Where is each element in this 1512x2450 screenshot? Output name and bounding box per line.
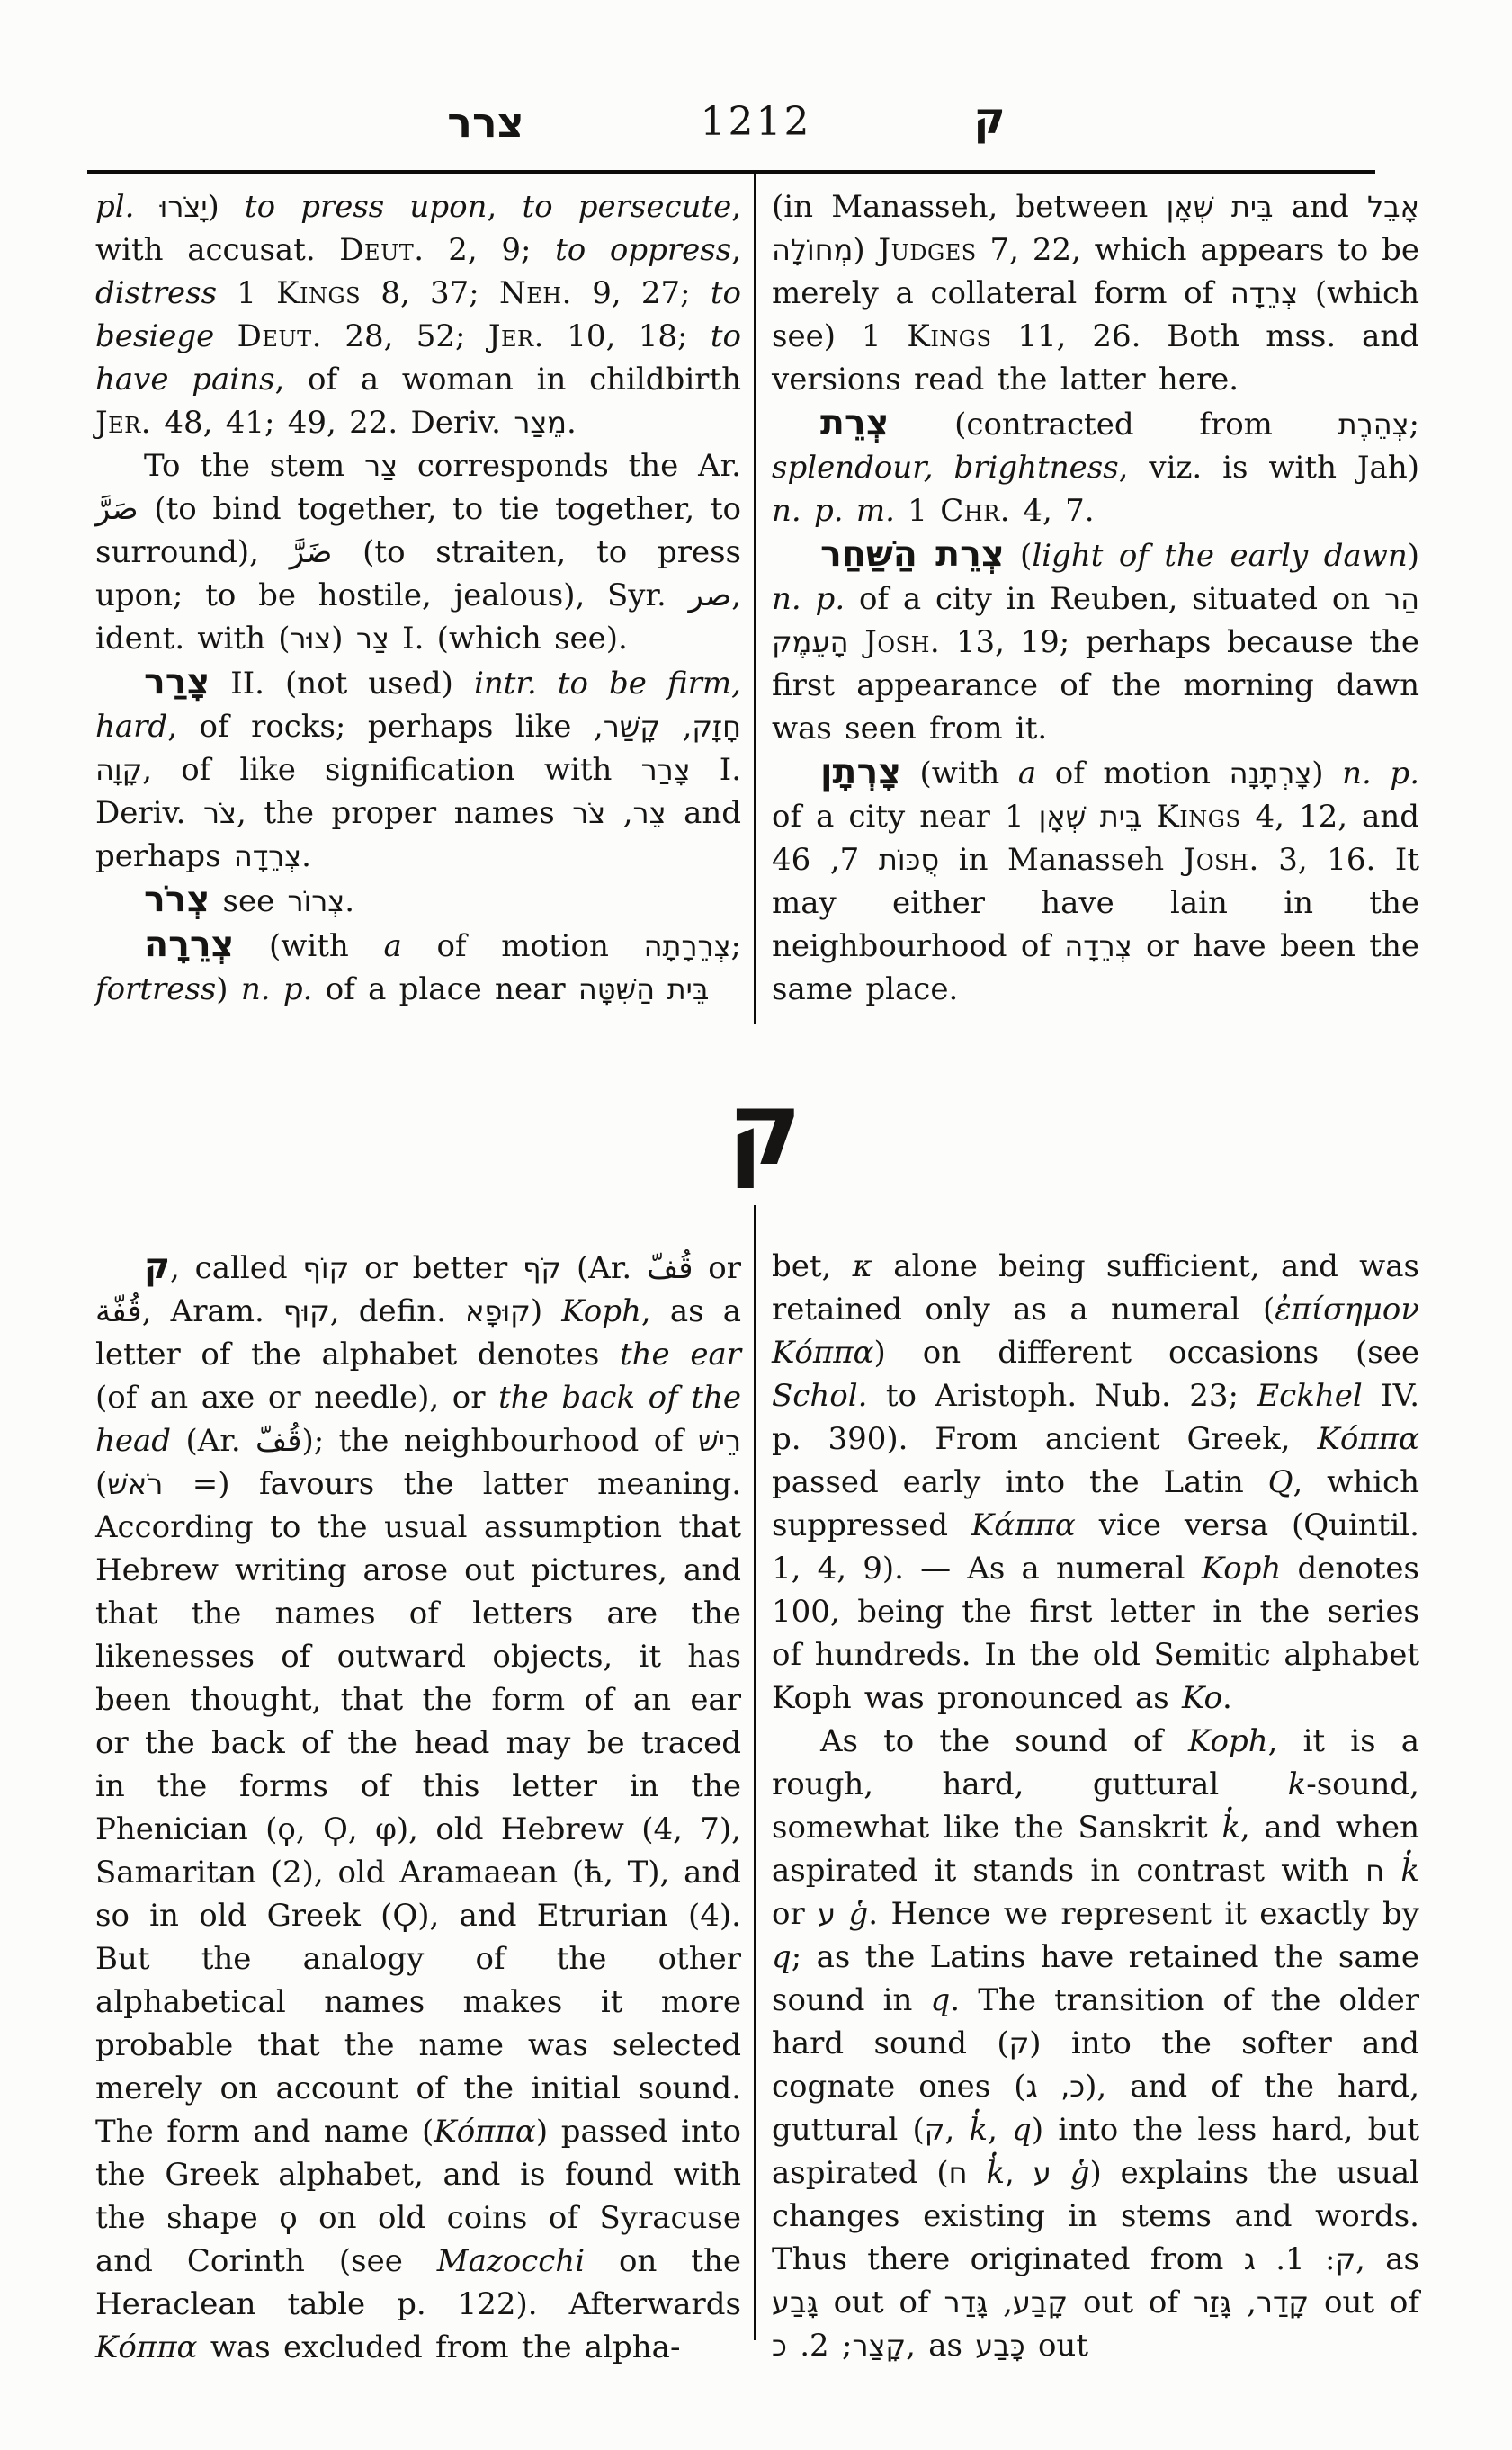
italic-text: light of the early dawn xyxy=(1032,538,1407,574)
text xyxy=(537,666,558,702)
hebrew-word: יָצֹרוּ xyxy=(160,190,208,224)
text: ); the neighbourhood of xyxy=(302,1423,699,1459)
text: , xyxy=(487,189,522,225)
text: out of xyxy=(1309,2285,1419,2320)
text: and xyxy=(1274,189,1367,225)
bible-reference: Chr. xyxy=(940,493,1010,529)
text: or xyxy=(693,1250,741,1286)
column-divider-top xyxy=(754,174,756,1024)
text: , xyxy=(660,709,692,745)
paragraph: pl. יָצֹרוּ) to press upon, to persecute… xyxy=(95,185,741,444)
text: . xyxy=(1222,1680,1232,1716)
italic-text: Koph xyxy=(1202,1551,1282,1587)
text: of a place near xyxy=(312,971,577,1007)
paragraph: צָרַר II. (not used) intr. to be firm, h… xyxy=(95,660,741,878)
hebrew-word: קָוָה xyxy=(95,753,142,787)
text: 8, 37; xyxy=(361,275,499,311)
text: . xyxy=(344,883,354,919)
text: 4, 7. xyxy=(1010,493,1095,529)
hebrew-word: צְהֵרֶת xyxy=(1338,407,1409,442)
paragraph: צְרֹר see צְרוֹר. xyxy=(95,878,741,923)
italic-text: Q xyxy=(1268,1464,1293,1500)
text: ) on different occasions (see xyxy=(874,1335,1419,1371)
text: . xyxy=(301,838,311,874)
italic-text: κ xyxy=(853,1248,872,1284)
italic-text: Koph xyxy=(1188,1723,1268,1759)
italic-text: pl. xyxy=(95,189,160,225)
hebrew-word: קוּף xyxy=(283,1294,330,1328)
text: or better xyxy=(349,1250,523,1286)
hebrew-word: ע xyxy=(818,1897,836,1931)
text xyxy=(849,624,865,660)
hebrew-word: בֵּית שְׁאָן xyxy=(1039,800,1142,834)
top-right-column: (in Manasseh, between בֵּית שְׁאָן and א… xyxy=(772,185,1419,1011)
italic-text: k xyxy=(1288,1766,1307,1802)
hebrew-word: ע xyxy=(1033,2156,1051,2190)
text: 1 xyxy=(217,275,276,311)
text: (of an axe or needle), or xyxy=(95,1380,498,1416)
ancient-letter-glyph: ϙ xyxy=(279,2200,297,2236)
paragraph: צְרֵת (contracted from צְהֵרֶת; splendou… xyxy=(772,401,1419,532)
column-divider-bottom xyxy=(754,1205,756,2340)
paragraph: צָרְתָן (with a of motion צָרְתָנָה) n. … xyxy=(772,750,1419,1011)
text: , defin. xyxy=(330,1293,465,1329)
italic-text: to persecute xyxy=(522,189,731,225)
hebrew-word: רֵישׁ xyxy=(698,1424,741,1458)
text xyxy=(968,2155,987,2191)
hebrew-word: צְרֵרָתָה xyxy=(644,929,731,963)
arabic-word: قُفّة xyxy=(95,1293,142,1329)
italic-text: k̔ xyxy=(1400,1853,1419,1889)
hebrew-headword: צָרַר xyxy=(144,661,210,702)
italic-text: Ko xyxy=(1182,1680,1222,1716)
hebrew-word: חָזָק xyxy=(692,710,741,744)
hebrew-word: סֻכּוֹת xyxy=(879,843,939,877)
hebrew-word: ק xyxy=(925,2113,945,2147)
italic-text: q xyxy=(931,1982,951,2018)
text: (with xyxy=(901,756,1018,791)
text: (= xyxy=(163,1466,229,1502)
paragraph: ק, called קוֹף or better קֹף (Ar. قُفّ o… xyxy=(95,1245,741,2369)
text: To the stem xyxy=(144,448,364,484)
text: , xyxy=(594,709,604,745)
hebrew-headword: צָרְתָן xyxy=(820,751,901,792)
text: ) xyxy=(853,232,878,268)
bible-reference: Neh. xyxy=(499,275,572,311)
text: corresponds the Ar. xyxy=(398,448,741,484)
hebrew-word: ק xyxy=(1009,2026,1030,2061)
hebrew-word: קֹף xyxy=(523,1251,561,1285)
text: II. (not used) xyxy=(210,666,474,702)
text: , the proper names xyxy=(237,795,572,831)
text: of motion xyxy=(402,928,644,964)
hebrew-word: גָּדַר xyxy=(944,2285,989,2320)
bible-reference: Deut. xyxy=(237,318,322,354)
text: 4, 12, and xyxy=(1240,799,1419,835)
hebrew-word: צַר xyxy=(364,449,398,483)
italic-text: fortress xyxy=(95,971,216,1007)
ancient-letter-glyph: Ϙ xyxy=(392,1898,417,1934)
hebrew-word: צָרְתָנָה xyxy=(1230,756,1312,791)
text: ). But the analogy of the other alphabet… xyxy=(95,1898,741,2150)
hebrew-word: צְרוֹר xyxy=(288,884,345,918)
bible-reference: Kings xyxy=(907,318,991,354)
text: of a city in Reuben, situated on xyxy=(845,581,1384,617)
italic-text: q xyxy=(772,1939,792,1975)
hebrew-headword: ק xyxy=(144,1246,170,1287)
paragraph: צְרֵרָה (with a of motion צְרֵרָתָה; for… xyxy=(95,923,741,1011)
hebrew-word: כָּבַע xyxy=(975,2329,1024,2363)
hebrew-word: ח xyxy=(1365,1854,1384,1888)
hebrew-word: צְרֵדָה xyxy=(1230,276,1298,310)
text: ) xyxy=(1408,538,1419,574)
text: 2, 9; xyxy=(425,232,556,268)
text: of motion xyxy=(1036,756,1229,791)
hebrew-word: קָצַר xyxy=(852,2329,906,2363)
hebrew-word: גָּזַר xyxy=(1194,2285,1231,2320)
text: , xyxy=(988,2112,1012,2148)
section-divider-letter-qoph: ק xyxy=(0,1058,1512,1202)
text xyxy=(1384,1853,1400,1889)
arabic-word: قُفّ xyxy=(255,1423,301,1459)
text: , xyxy=(1231,2285,1257,2320)
text: ), old Aramaean ( xyxy=(302,1855,585,1891)
text xyxy=(678,1380,692,1416)
text: out xyxy=(1025,2328,1088,2364)
italic-text: n. p. xyxy=(241,971,313,1007)
hebrew-word: מֵצַר xyxy=(514,406,567,440)
hebrew-word: רֹאשׁ xyxy=(107,1467,163,1501)
bible-reference: Judges xyxy=(878,232,976,268)
italic-text: Κόππα xyxy=(95,2329,198,2365)
italic-text: n. p. xyxy=(1342,756,1419,791)
text xyxy=(214,318,237,354)
italic-text: Eckhel xyxy=(1257,1378,1362,1414)
text: . xyxy=(567,405,577,441)
italic-text: to oppress xyxy=(555,232,731,268)
italic-text: to press upon xyxy=(245,189,488,225)
italic-text: intr. xyxy=(474,666,537,702)
text: , of a woman in childbirth xyxy=(275,362,742,398)
italic-text: a xyxy=(384,928,402,964)
text: 28, 52; xyxy=(322,318,488,354)
text: , of rocks; perhaps like xyxy=(167,709,594,745)
arabic-word: صر xyxy=(689,577,732,613)
italic-text: n. p. xyxy=(772,581,845,617)
text: (in Manasseh, between xyxy=(772,189,1167,225)
paragraph: צְרֵת הַשַּׁחַר (light of the early dawn… xyxy=(772,532,1419,750)
hebrew-word: צֵר xyxy=(633,796,667,830)
italic-text: k̔ xyxy=(1221,1810,1240,1846)
arabic-word: ضَرَّ xyxy=(290,534,333,570)
italic-text: splendour, brightness xyxy=(772,450,1119,486)
italic-text: Κόππα xyxy=(1317,1421,1419,1457)
ancient-letter-glyph: ϙ, Ϙ, φ xyxy=(277,1811,397,1847)
text xyxy=(1051,2155,1070,2191)
text: As to the sound of xyxy=(820,1723,1188,1759)
bible-reference: Kings xyxy=(276,275,361,311)
top-left-column: pl. יָצֹרוּ) to press upon, to persecute… xyxy=(95,185,741,1011)
text: 48, 41; 49, 22. Deriv. xyxy=(151,405,514,441)
text: , called xyxy=(170,1250,302,1286)
hebrew-word: ח xyxy=(949,2156,968,2190)
hebrew-headword: צְרֵת xyxy=(820,402,889,443)
hebrew-word: צְרֵדָה xyxy=(234,839,301,873)
text: ) xyxy=(1311,756,1342,791)
text: , xyxy=(1005,2155,1033,2191)
bible-reference: Jer. xyxy=(488,318,544,354)
hebrew-word: קָבַע xyxy=(1013,2285,1068,2320)
text: . Hence we represent it exactly by xyxy=(868,1896,1419,1932)
text: , xyxy=(988,2285,1013,2320)
text: ( xyxy=(1005,538,1033,574)
hebrew-word: צֹר xyxy=(203,796,237,830)
bottom-right-column: bet, κ alone being sufficient, and was r… xyxy=(772,1245,1419,2367)
text: ) xyxy=(207,189,244,225)
text: , Aram. xyxy=(142,1293,283,1329)
hebrew-headword: צְרֹר xyxy=(144,879,210,920)
hebrew-word: קוּפָא xyxy=(465,1294,531,1328)
text: out of xyxy=(1068,2285,1194,2320)
italic-text: the ear xyxy=(620,1337,741,1373)
italic-text: k̔ xyxy=(969,2112,988,2148)
text: ) favours the latter meaning. According … xyxy=(95,1466,741,1847)
text xyxy=(836,1896,848,1932)
page-number: 1212 xyxy=(0,101,1512,144)
text: ) xyxy=(216,971,241,1007)
hebrew-word: בֵּית שְׁאָן xyxy=(1167,190,1274,224)
text: (with xyxy=(234,928,383,964)
italic-text: g̔ xyxy=(849,1896,869,1932)
italic-text: k̔ xyxy=(986,2155,1005,2191)
bible-reference: Deut. xyxy=(339,232,424,268)
text: , as xyxy=(906,2328,975,2364)
text: ), old Hebrew ( xyxy=(397,1811,654,1847)
text: ; xyxy=(731,928,741,964)
hebrew-word: גָּבַע xyxy=(772,2285,819,2320)
text: (Ar. xyxy=(561,1250,647,1286)
bible-reference: Josh. xyxy=(1184,842,1259,878)
hebrew-word: צָרַר xyxy=(641,753,691,787)
arabic-word: قُفّ xyxy=(647,1250,693,1286)
ancient-letter-glyph: ћ, T xyxy=(584,1855,648,1891)
text: 9, 27; xyxy=(572,275,711,311)
bible-reference: Jer. xyxy=(95,405,151,441)
text: , xyxy=(605,795,632,831)
text: ), and Etrurian ( xyxy=(417,1898,700,1934)
italic-text: Κόππα xyxy=(434,2114,536,2150)
text: , xyxy=(944,2112,969,2148)
hebrew-headword: צְרֵת הַשַּׁחַר xyxy=(820,533,1005,575)
text: passed early into the Latin xyxy=(772,1464,1268,1500)
text: 1 xyxy=(895,493,940,529)
text: , of like signification with xyxy=(142,752,640,788)
italic-text: distress xyxy=(95,275,217,311)
paragraph: bet, κ alone being sufficient, and was r… xyxy=(772,1245,1419,1720)
text: to Aristoph. Nub. 23; xyxy=(867,1378,1257,1414)
text: out of xyxy=(819,2285,944,2320)
bible-reference: Josh. xyxy=(864,624,940,660)
text: , as xyxy=(1355,2241,1419,2277)
bottom-left-column: ק, called קוֹף or better קֹף (Ar. قُفّ o… xyxy=(95,1245,741,2369)
italic-text: q xyxy=(1012,2112,1032,2148)
text: : 1. xyxy=(1256,2241,1336,2277)
hebrew-word: ג xyxy=(1244,2242,1256,2276)
italic-text: g̔ xyxy=(1070,2155,1090,2191)
italic-text: Schol. xyxy=(772,1378,867,1414)
hebrew-word: ק xyxy=(1335,2242,1355,2276)
text: (Ar. xyxy=(171,1423,255,1459)
hebrew-word: צְרֵדָה xyxy=(1064,929,1132,963)
italic-text: Κόππα xyxy=(772,1335,874,1371)
text: was excluded from the alpha- xyxy=(198,2329,681,2365)
hebrew-word: כ xyxy=(772,2329,787,2363)
paragraph: As to the sound of Koph, it is a rough, … xyxy=(772,1720,1419,2367)
header-rule xyxy=(87,170,1375,174)
italic-text: Κάππα xyxy=(971,1507,1076,1543)
hebrew-word: בֵּית הַשִּׁטָּה xyxy=(578,972,709,1006)
text: ; 2. xyxy=(787,2328,853,2364)
hebrew-word: כ, ג xyxy=(1026,2070,1086,2104)
hebrew-word: קוֹף xyxy=(302,1251,349,1285)
hebrew-headword: צְרֵרָה xyxy=(144,924,234,965)
text: ; xyxy=(1409,407,1419,443)
arabic-word: صَرَّ xyxy=(95,491,139,527)
italic-text: n. p. m. xyxy=(772,493,895,529)
text: or xyxy=(772,1896,818,1932)
paragraph: (in Manasseh, between בֵּית שְׁאָן and א… xyxy=(772,185,1419,401)
text: see xyxy=(210,883,287,919)
italic-text: a xyxy=(1018,756,1036,791)
hebrew-word: צוּר xyxy=(291,621,332,656)
italic-text: Mazocchi xyxy=(437,2243,585,2279)
text: ) xyxy=(531,1293,561,1329)
text: ( xyxy=(331,621,356,657)
ancient-letter-glyph: 2 xyxy=(282,1855,302,1891)
hebrew-word: קָשַׁר xyxy=(604,710,660,744)
text: bet, xyxy=(772,1248,853,1284)
bible-reference: Kings xyxy=(1156,799,1240,835)
lexicon-page: צרר 1212 ק pl. יָצֹרוּ) to press upon, t… xyxy=(0,0,1512,2450)
header-catchword-right: ק xyxy=(890,97,1088,140)
italic-text: the back of xyxy=(498,1380,678,1416)
text: 7, 46 in Manasseh xyxy=(772,842,1184,878)
hebrew-word: קָדַר xyxy=(1257,2285,1309,2320)
text: , viz. is with Jah) xyxy=(1119,450,1419,486)
text: 10, 18; xyxy=(544,318,711,354)
text: of a city near xyxy=(772,799,1005,835)
text: , xyxy=(731,232,741,268)
ancient-letter-glyph: 4, 7 xyxy=(653,1811,719,1847)
text: (contracted from xyxy=(889,407,1338,443)
italic-text: ἐπίσημον xyxy=(1275,1292,1419,1328)
hebrew-word: צַר xyxy=(356,621,389,656)
italic-text: Koph xyxy=(561,1293,641,1329)
paragraph: To the stem צַר corresponds the Ar. صَرَ… xyxy=(95,444,741,660)
hebrew-word: צֹר xyxy=(572,796,605,830)
ancient-letter-glyph: 4 xyxy=(700,1898,720,1934)
